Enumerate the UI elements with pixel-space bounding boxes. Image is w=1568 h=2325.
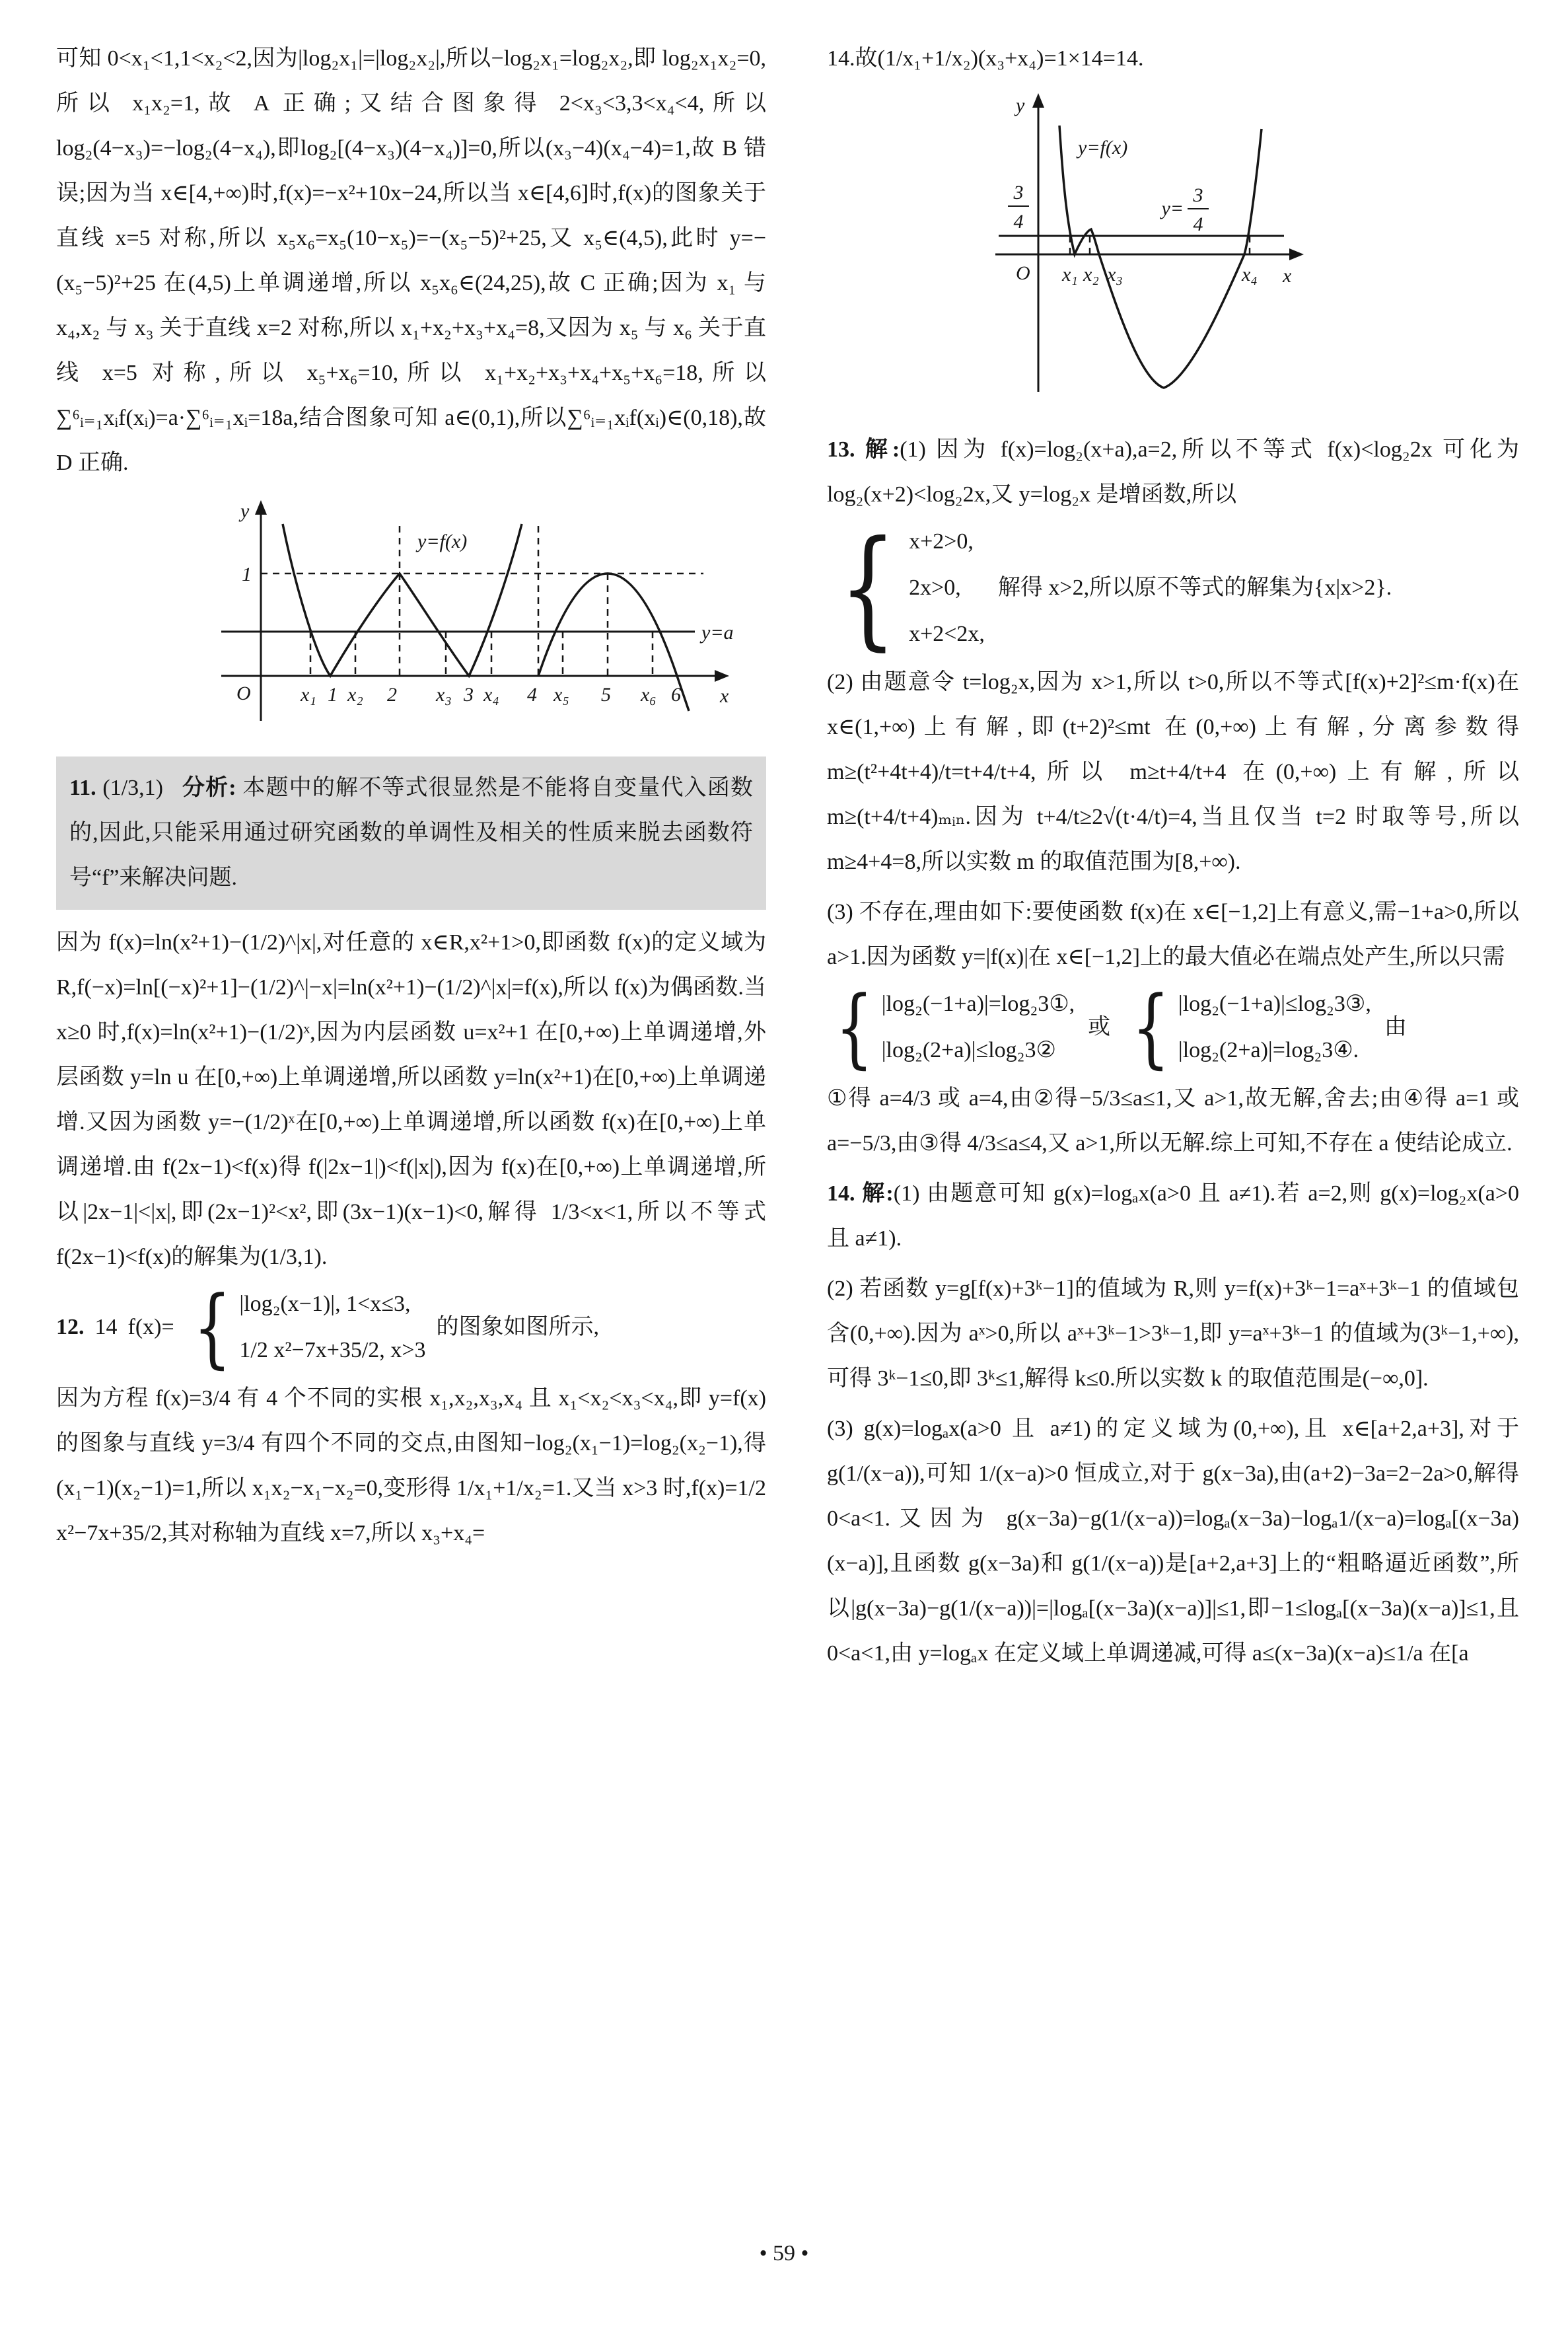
fig2-line-label-prefix: y= xyxy=(1159,198,1184,219)
fig1-curve-label: y=f(x) xyxy=(415,531,467,552)
y-axis-arrow xyxy=(255,500,267,515)
fig1-tick-2: 2 xyxy=(387,684,397,706)
fig1-tick-x4: x₄ xyxy=(483,684,499,706)
fig1-x-label: x xyxy=(719,685,729,707)
fig1-one-label: 1 xyxy=(242,564,252,585)
right-column: 14.故(1/x₁+1/x₂)(x₃+x₄)=1×14=14. y x O y=… xyxy=(827,36,1519,2276)
fig2-tick-x3: x₃ xyxy=(1106,264,1123,285)
fig1-tick-3: 3 xyxy=(463,684,474,706)
problem-13-part3-intro: (3) 不存在,理由如下:要使函数 f(x)在 x∈[−1,2]上有意义,需−1… xyxy=(827,890,1519,980)
fig1-tick-6: 6 xyxy=(671,684,681,706)
problem-12-definition-row: 12. 14 f(x)= { |log₂(x−1)|, 1<x≤3, 1/2 x… xyxy=(56,1285,766,1370)
piecewise-row-2: 1/2 x²−7x+35/2, x>3 xyxy=(239,1331,425,1370)
fig1-tick-1: 1 xyxy=(328,684,338,706)
problem-12-piecewise: { |log₂(x−1)|, 1<x≤3, 1/2 x²−7x+35/2, x>… xyxy=(185,1285,426,1370)
fig2-x-label: x xyxy=(1282,265,1292,287)
x-axis-arrow xyxy=(715,670,729,682)
problem-11-analysis-label: 分析: xyxy=(182,776,236,800)
problem-12-number: 12. xyxy=(56,1305,85,1350)
problem-13-part1-text: (1) 因为 f(x)=log₂(x+a),a=2,所以不等式 f(x)<log… xyxy=(827,437,1519,507)
page-number: • 59 • xyxy=(0,2241,1568,2266)
fx-curve-log-part xyxy=(283,524,522,676)
system-conclusion: 解得 x>2,所以原不等式的解集为{x|x>2}. xyxy=(998,566,1519,610)
x-axis-arrow xyxy=(1289,248,1304,260)
problem-11-analysis-box: 11. (1/3,1) 分析: 本题中的解不等式很显然是不能将自变量代入函数的,… xyxy=(56,757,766,910)
problem-11-solution: 因为 f(x)=ln(x²+1)−(1/2)^|x|,对任意的 x∈R,x²+1… xyxy=(56,920,766,1280)
left-column: 可知 0<x₁<1,1<x₂<2,因为|log₂x₁|=|log₂x₂|,所以−… xyxy=(56,36,766,2276)
problem-12-answer: 14 xyxy=(95,1305,118,1350)
fig2-axis-frac-num: 3 xyxy=(1013,182,1024,203)
fig1-tick-x3: x₃ xyxy=(435,684,452,706)
system-a-row-1: |log₂(−1+a)|=log₂3①, xyxy=(882,985,1075,1023)
problem-14-part3: (3) g(x)=logₐx(a>0 且 a≠1)的定义域为(0,+∞),且 x… xyxy=(827,1407,1519,1676)
problem-12-solution: 因为方程 f(x)=3/4 有 4 个不同的实根 x₁,x₂,x₃,x₄ 且 x… xyxy=(56,1376,766,1556)
system-row-3: x+2<2x, xyxy=(909,615,985,653)
system-row-1: x+2>0, xyxy=(909,523,985,561)
system-a-row-2: |log₂(2+a)|≤log₂3② xyxy=(882,1031,1075,1070)
piecewise-rows: |log₂(x−1)|, 1<x≤3, 1/2 x²−7x+35/2, x>3 xyxy=(239,1285,425,1370)
system-a-rows: |log₂(−1+a)|=log₂3①, |log₂(2+a)|≤log₂3② xyxy=(882,985,1075,1070)
fx-curve xyxy=(1059,126,1262,388)
system-b: { |log₂(−1+a)|≤log₂3③, |log₂(2+a)|=log₂3… xyxy=(1123,985,1371,1070)
figure2-svg: y x O y=f(x) 3 4 y= 3 4 x₁ x₂ x₃ x₄ xyxy=(985,89,1329,400)
left-brace: { xyxy=(1132,991,1170,1064)
system-row-2: 2x>0, xyxy=(909,569,985,607)
fig1-tick-x2: x₂ xyxy=(347,684,363,706)
problem-11-analysis-text: 本题中的解不等式很显然是不能将自变量代入函数的,因此,只能采用通过研究函数的单调… xyxy=(69,776,753,890)
fig2-line-frac-den: 4 xyxy=(1194,213,1203,235)
fig2-line-frac-num: 3 xyxy=(1193,184,1203,206)
figure-problem10-graph: y x O 1 y=a y=f(x) x₁ 1 x₂ 2 x₃ 3 x₄ 4 x… xyxy=(211,496,766,743)
problem-13-part2: (2) 由题意令 t=log₂x,因为 x>1,所以 t>0,所以不等式[f(x… xyxy=(827,660,1519,885)
fig2-curve-label: y=f(x) xyxy=(1076,137,1127,159)
fig1-origin-label: O xyxy=(236,683,251,704)
problem-14-part1-text: (1) 由题意可知 g(x)=logₐx(a>0 且 a≠1).若 a=2,则 … xyxy=(827,1181,1519,1251)
fig2-y-label: y xyxy=(1014,94,1025,116)
problem-13-part3-text: ①得 a=4/3 或 a=4,由②得−5/3≤a≤1,又 a>1,故无解,舍去;… xyxy=(827,1076,1519,1166)
left-brace: { xyxy=(839,533,897,643)
system-b-rows: |log₂(−1+a)|≤log₂3③, |log₂(2+a)|=log₂3④. xyxy=(1178,985,1371,1070)
problem-14-part2: (2) 若函数 y=g[f(x)+3ᵏ−1]的值域为 R,则 y=f(x)+3ᵏ… xyxy=(827,1267,1519,1401)
fig1-tick-x6: x₆ xyxy=(640,684,657,706)
fig1-line-label: y=a xyxy=(699,622,734,644)
problem-13-part1: 13. 解:(1) 因为 f(x)=log₂(x+a),a=2,所以不等式 f(… xyxy=(827,427,1519,517)
system-rows: x+2>0, 2x>0, x+2<2x, xyxy=(909,523,985,653)
sentence-continuation: 由 xyxy=(1384,1005,1407,1050)
fig2-tick-x4: x₄ xyxy=(1241,264,1258,285)
left-brace: { xyxy=(835,991,873,1064)
figure1-svg: y x O 1 y=a y=f(x) x₁ 1 x₂ 2 x₃ 3 x₄ 4 x… xyxy=(211,496,740,727)
fig1-tick-4: 4 xyxy=(527,684,537,706)
system-b-row-1: |log₂(−1+a)|≤log₂3③, xyxy=(1178,985,1371,1023)
piecewise-row-1: |log₂(x−1)|, 1<x≤3, xyxy=(239,1285,425,1323)
system-a: { |log₂(−1+a)|=log₂3①, |log₂(2+a)|≤log₂3… xyxy=(827,985,1075,1070)
problem-13-part3-systems: { |log₂(−1+a)|=log₂3①, |log₂(2+a)|≤log₂3… xyxy=(827,985,1519,1070)
or-connector: 或 xyxy=(1088,1005,1110,1050)
left-brace: { xyxy=(193,1291,231,1364)
y-axis-arrow xyxy=(1032,93,1044,108)
fig1-y-label: y xyxy=(238,500,250,522)
problem-14-head: 14. 解: xyxy=(827,1181,894,1206)
problem-14-part1: 14. 解:(1) 由题意可知 g(x)=logₐx(a>0 且 a≠1).若 … xyxy=(827,1171,1519,1261)
fig1-tick-x5: x₅ xyxy=(553,684,569,706)
fig2-tick-x1: x₁ xyxy=(1061,264,1078,285)
problem-11-answer: (1/3,1) xyxy=(102,776,163,800)
problem-12-solution-end: 14.故(1/x₁+1/x₂)(x₃+x₄)=1×14=14. xyxy=(827,36,1519,81)
fig2-axis-frac-den: 4 xyxy=(1014,211,1024,233)
problem-12-suffix: 的图象如图所示, xyxy=(437,1305,600,1350)
system-b-row-2: |log₂(2+a)|=log₂3④. xyxy=(1178,1031,1371,1070)
solution-10-text: 可知 0<x₁<1,1<x₂<2,因为|log₂x₁|=|log₂x₂|,所以−… xyxy=(56,36,766,486)
fig2-origin-label: O xyxy=(1016,262,1030,284)
problem-13-head: 13. 解: xyxy=(827,437,900,462)
figure-problem12-graph: y x O y=f(x) 3 4 y= 3 4 x₁ x₂ x₃ x₄ xyxy=(985,89,1519,416)
fig1-tick-x1: x₁ xyxy=(300,684,316,706)
fig2-tick-x2: x₂ xyxy=(1083,264,1099,285)
problem-12-fx-prefix: f(x)= xyxy=(128,1305,174,1350)
problem-13-system: { x+2>0, 2x>0, x+2<2x, 解得 x>2,所以原不等式的解集为… xyxy=(827,523,1519,653)
problem-11-number: 11. xyxy=(69,776,96,800)
system-cases: { x+2>0, 2x>0, x+2<2x, xyxy=(827,523,985,653)
fig1-tick-5: 5 xyxy=(601,684,611,706)
